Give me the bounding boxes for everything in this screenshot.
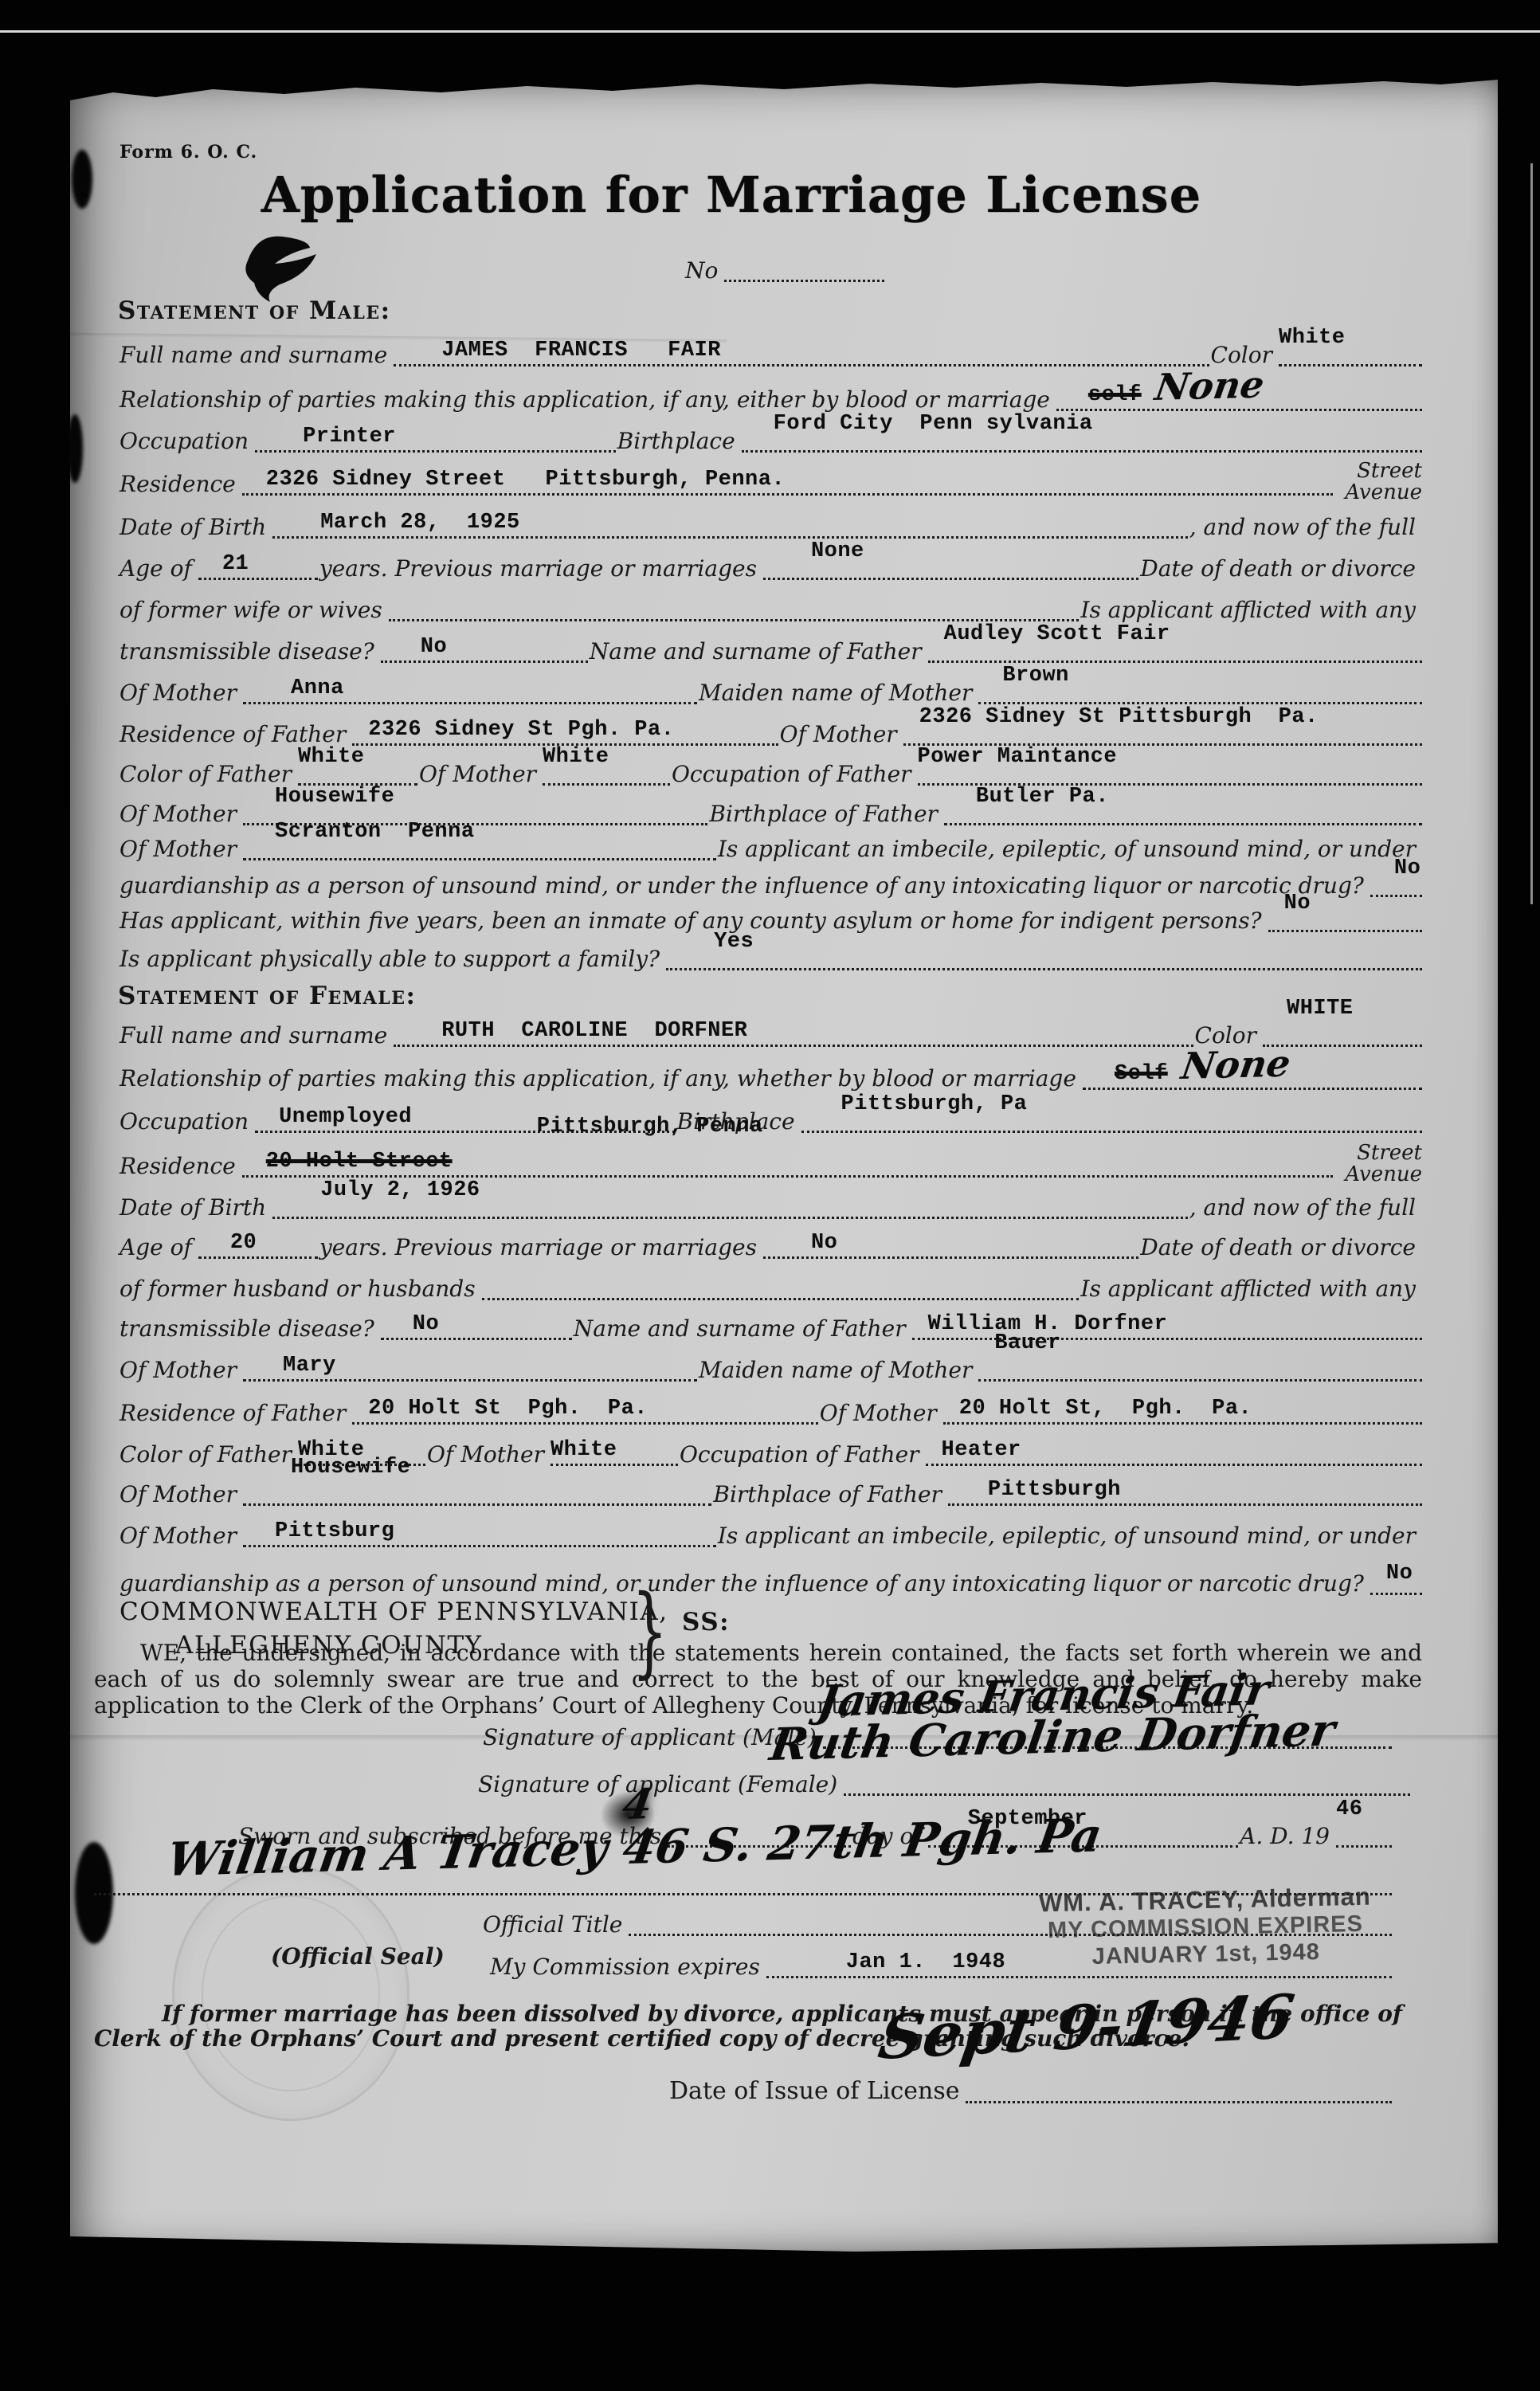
male-father-name-line: Audley Scott Fair <box>928 629 1422 663</box>
female-mother-name-value: Mary <box>283 1355 336 1377</box>
male-dob-line: March 28, 1925 <box>272 504 1188 539</box>
female-mother-residence-label: Of Mother <box>818 1402 943 1425</box>
statement-of-male-heading: Statement of Male: <box>118 296 391 325</box>
male-mother-color-line: White <box>543 751 670 786</box>
license-number-line <box>724 248 884 282</box>
female-residence-row: Residence 20 Holt Street Pittsburgh, Pen… <box>118 1144 1422 1178</box>
marriage-application-document: Form 6. O. C. Application for Marriage L… <box>70 80 1498 2252</box>
female-mother-birthplace-value: Pittsburg <box>275 1521 394 1542</box>
female-mother-birthplace-line: Pittsburg <box>243 1513 716 1547</box>
female-mother-color-line: White <box>551 1432 678 1466</box>
official-title-row: Official Title <box>481 1903 1392 1936</box>
scan-artifact-line <box>0 30 1540 33</box>
female-father-residence-value: 20 Holt St Pgh. Pa. <box>368 1398 648 1420</box>
statement-of-female-heading: Statement of Female: <box>118 982 416 1010</box>
male-birthplace-label: Birthplace <box>616 430 742 453</box>
female-dob-row: Date of Birth July 2, 1926 , and now of … <box>118 1186 1422 1219</box>
male-occupation-label: Occupation <box>118 430 255 453</box>
female-father-birthplace-value: Pittsburgh <box>988 1480 1121 1501</box>
female-father-name-label: Name and surname of Father <box>572 1318 912 1340</box>
male-full-name-line: JAMES FRANCIS FAIR <box>394 332 1209 366</box>
male-father-color-line: White <box>298 751 417 786</box>
ss-label: SS: <box>682 1608 730 1636</box>
male-asylum-line: No <box>1268 898 1422 932</box>
female-relationship-row: Relationship of parties making this appl… <box>118 1056 1422 1090</box>
female-disease-line: No <box>381 1306 572 1340</box>
ink-blot-left-edge <box>67 414 83 483</box>
male-residence-line: 2326 Sidney Street Pittsburgh, Penna. <box>242 461 1333 496</box>
male-mother-name-line: Anna <box>243 670 697 704</box>
female-father-residence-line: 20 Holt St Pgh. Pa. <box>352 1390 818 1425</box>
female-maiden-name-label: Maiden name of Mother <box>697 1359 978 1382</box>
male-dob-label: Date of Birth <box>118 516 272 539</box>
female-prev-marriage-line: No <box>763 1225 1138 1259</box>
scanned-page-background: Form 6. O. C. Application for Marriage L… <box>0 0 1540 2391</box>
male-mother-name-label: Of Mother <box>118 682 243 704</box>
official-title-line <box>629 1902 1392 1936</box>
male-guardianship-line: No <box>1370 863 1422 897</box>
male-father-name-label: Name and surname of Father <box>588 641 928 663</box>
female-mother-occupation-line: Housewife <box>243 1472 711 1506</box>
female-mother-name-row: Of Mother Mary Maiden name of Mother Bau… <box>118 1348 1422 1382</box>
female-age-row: Age of 20 years. Previous marriage or ma… <box>118 1225 1422 1259</box>
female-guardianship-label: guardianship as a person of unsound mind… <box>118 1573 1370 1595</box>
male-guardianship-row: guardianship as a person of unsound mind… <box>118 864 1422 897</box>
male-maiden-name-line: Brown <box>978 670 1422 704</box>
male-relationship-line: self None <box>1056 377 1422 411</box>
year-line: 46 <box>1336 1813 1392 1848</box>
female-street-avenue-labels: Street Avenue <box>1333 1143 1422 1186</box>
commission-expires-line: Jan 1. 1948 <box>766 1944 1392 1978</box>
commission-expires-value: Jan 1. 1948 <box>846 1952 1005 1974</box>
female-former-husbands-row: of former husband or husbands Is applica… <box>118 1267 1422 1300</box>
male-mother-color-value: White <box>543 747 609 768</box>
female-father-birthplace-label: Birthplace of Father <box>711 1484 948 1506</box>
male-occupation-line: Printer <box>255 418 616 453</box>
female-disease-value: No <box>413 1314 439 1335</box>
female-full-name-label: Full name and surname <box>118 1025 394 1047</box>
license-number-row: No <box>684 249 884 282</box>
male-maiden-name-value: Brown <box>1002 665 1069 687</box>
female-mother-birthplace-row: Of Mother Pittsburg Is applicant an imbe… <box>118 1514 1422 1547</box>
female-afflicted-tail-label: Is applicant afflicted with any <box>1079 1278 1422 1300</box>
male-mother-residence-value: 2326 Sidney St Pittsburgh Pa. <box>919 707 1319 728</box>
male-avenue-label: Avenue <box>1345 480 1422 504</box>
male-mother-name-row: Of Mother Anna Maiden name of Mother Bro… <box>118 671 1422 704</box>
male-age-value: 21 <box>222 554 249 575</box>
male-support-label: Is applicant physically able to support … <box>118 948 666 970</box>
male-occupation-value: Printer <box>303 426 396 448</box>
female-mother-occupation-value: Housewife <box>291 1457 410 1479</box>
female-age-line: 20 <box>198 1225 318 1259</box>
male-birthplace-value: Ford City Penn sylvania <box>774 414 1093 435</box>
female-full-name-line: RUTH CAROLINE DORFNER <box>394 1013 1193 1047</box>
male-color-line: White <box>1279 332 1422 366</box>
female-mother-birthplace-label: Of Mother <box>118 1525 243 1547</box>
male-father-birthplace-label: Birthplace of Father <box>707 803 944 825</box>
female-father-birthplace-line: Pittsburgh <box>948 1472 1422 1506</box>
male-mother-birthplace-row: Of Mother Scranton Penna Is applicant an… <box>118 827 1422 860</box>
issue-date-line <box>966 2069 1392 2103</box>
male-maiden-name-label: Maiden name of Mother <box>697 682 978 704</box>
female-mother-occupation-label: Of Mother <box>118 1484 243 1506</box>
female-avenue-label: Avenue <box>1345 1162 1422 1186</box>
female-color-value: WHITE <box>1287 998 1354 1020</box>
male-guardianship-value: No <box>1394 858 1420 880</box>
female-father-occupation-label: Occupation of Father <box>678 1444 926 1466</box>
male-mother-occupation-label: Of Mother <box>118 803 243 825</box>
male-asylum-value: No <box>1284 893 1311 915</box>
female-imbecile-tail-label: Is applicant an imbecile, epileptic, of … <box>716 1525 1422 1547</box>
male-father-color-value: White <box>298 747 365 768</box>
year-value: 46 <box>1336 1799 1362 1821</box>
male-age-line: 21 <box>198 546 318 580</box>
male-father-birthplace-value: Butler Pa. <box>976 786 1109 808</box>
female-residence-struck-value: 20 Holt Street <box>266 1151 453 1173</box>
commonwealth-heading: COMMONWEALTH OF PENNSYLVANIA, <box>120 1597 668 1626</box>
male-parents-color-row: Color of Father White Of Mother White Oc… <box>118 752 1422 786</box>
male-disease-line: No <box>381 629 588 663</box>
male-color-value: White <box>1279 327 1346 349</box>
female-full-name-value: RUTH CAROLINE DORFNER <box>441 1021 747 1042</box>
official-title-label: Official Title <box>481 1914 629 1936</box>
female-parents-residence-row: Residence of Father 20 Holt St Pgh. Pa. … <box>118 1391 1422 1425</box>
issue-date-label: Date of Issue of License <box>668 2079 966 2103</box>
male-mother-name-value: Anna <box>291 678 344 700</box>
male-father-residence-line: 2326 Sidney St Pgh. Pa. <box>352 711 778 746</box>
male-disease-label: transmissible disease? <box>118 641 381 663</box>
male-occupation-row: Occupation Printer Birthplace Ford City … <box>118 419 1422 453</box>
male-mother-birthplace-value: Scranton Penna <box>275 821 475 843</box>
female-age-label: Age of <box>118 1237 198 1259</box>
male-street-label: Street <box>1357 459 1422 483</box>
male-relationship-row: Relationship of parties making this appl… <box>118 378 1422 411</box>
female-father-occupation-value: Heater <box>942 1440 1021 1461</box>
female-father-color-label: Color of Father <box>118 1444 298 1466</box>
female-signature-handwriting: Ruth Caroline Dorfner <box>767 1708 1338 1767</box>
male-dob-value: March 28, 1925 <box>320 512 520 534</box>
embossed-seal-inner-ring <box>202 1895 380 2091</box>
male-age-label: Age of <box>118 558 198 580</box>
female-mother-name-line: Mary <box>243 1347 697 1382</box>
female-maiden-name-line: Bauer <box>978 1347 1422 1382</box>
license-number-label: No <box>684 260 724 282</box>
female-birthplace-line: Pittsburgh, Pa <box>801 1099 1422 1133</box>
male-support-row: Is applicant physically able to support … <box>118 937 1422 970</box>
male-former-wives-label: of former wife or wives <box>118 599 389 621</box>
female-mother-residence-line: 20 Holt St, Pgh. Pa. <box>943 1390 1422 1425</box>
commission-expires-row: My Commission expires Jan 1. 1948 <box>488 1945 1392 1978</box>
male-afflicted-tail-label: Is applicant afflicted with any <box>1079 599 1422 621</box>
ad-19-label: A. D. 19 <box>1238 1825 1336 1848</box>
female-mother-color-label: Of Mother <box>425 1444 551 1466</box>
male-support-line: Yes <box>666 936 1422 970</box>
issue-date-handwriting: Sept 9-1946 <box>875 1986 1298 2068</box>
male-father-residence-label: Residence of Father <box>118 723 352 746</box>
male-birthplace-line: Ford City Penn sylvania <box>742 418 1422 453</box>
female-death-divorce-tail-label: Date of death or divorce <box>1138 1237 1422 1259</box>
male-father-birthplace-line: Butler Pa. <box>944 791 1422 825</box>
male-imbecile-tail-label: Is applicant an imbecile, epileptic, of … <box>716 838 1422 860</box>
male-mother-birthplace-line: Scranton Penna <box>243 826 716 860</box>
male-dob-row: Date of Birth March 28, 1925 , and now o… <box>118 505 1422 539</box>
male-asylum-row: Has applicant, within five years, been a… <box>118 899 1422 932</box>
female-mother-residence-value: 20 Holt St, Pgh. Pa. <box>959 1398 1252 1420</box>
male-former-wives-row: of former wife or wives Is applicant aff… <box>118 588 1422 621</box>
male-residence-row: Residence 2326 Sidney Street Pittsburgh,… <box>118 462 1422 496</box>
female-disease-label: transmissible disease? <box>118 1318 381 1340</box>
male-dob-tail-label: , and now of the full <box>1188 516 1422 539</box>
female-occupation-row: Occupation Unemployed Birthplace Pittsbu… <box>118 1099 1422 1133</box>
female-residence-corrected-value: Pittsburgh, Penna <box>537 1116 763 1138</box>
female-mother-color-value: White <box>551 1440 617 1461</box>
issue-date-row: Date of Issue of License <box>668 2070 1392 2103</box>
official-seal-label: (Official Seal) <box>269 1946 451 1968</box>
scan-edge-sliver <box>1530 163 1533 904</box>
male-street-avenue-labels: Street Avenue <box>1333 461 1422 504</box>
male-disease-row: transmissible disease? No Name and surna… <box>118 629 1422 663</box>
female-residence-line: 20 Holt Street Pittsburgh, Penna <box>242 1143 1333 1178</box>
document-title: Application for Marriage License <box>18 166 1445 224</box>
female-relationship-line: Self None <box>1083 1056 1422 1090</box>
female-dob-label: Date of Birth <box>118 1197 272 1219</box>
female-prev-marriage-label: years. Previous marriage or marriages <box>318 1237 763 1259</box>
male-prev-marriage-line: None <box>763 546 1138 580</box>
female-father-occupation-line: Heater <box>926 1432 1422 1466</box>
female-relationship-struck-value: Self <box>1115 1064 1168 1085</box>
male-asylum-label: Has applicant, within five years, been a… <box>118 910 1268 932</box>
female-former-husbands-line <box>482 1266 1080 1300</box>
male-relationship-struck-value: self <box>1088 385 1142 406</box>
female-relationship-handwritten-value: None <box>1179 1045 1293 1084</box>
male-mother-color-label: Of Mother <box>417 763 543 786</box>
female-occupation-value: Unemployed <box>279 1107 412 1128</box>
male-support-value: Yes <box>714 931 754 953</box>
female-dob-tail-label: , and now of the full <box>1188 1197 1422 1219</box>
male-parents-residence-row: Residence of Father 2326 Sidney St Pgh. … <box>118 712 1422 746</box>
male-prev-marriage-value: None <box>811 541 864 562</box>
male-death-divorce-tail-label: Date of death or divorce <box>1138 558 1422 580</box>
female-mother-name-label: Of Mother <box>118 1359 243 1382</box>
male-relationship-label: Relationship of parties making this appl… <box>118 389 1056 411</box>
female-father-residence-label: Residence of Father <box>118 1402 352 1425</box>
male-disease-value: No <box>421 637 447 658</box>
female-guardianship-value: No <box>1386 1563 1413 1585</box>
female-dob-line: July 2, 1926 <box>272 1185 1188 1219</box>
male-former-wives-line <box>389 587 1080 621</box>
male-father-color-label: Color of Father <box>118 763 298 786</box>
male-father-name-value: Audley Scott Fair <box>944 624 1170 645</box>
male-full-name-label: Full name and surname <box>118 344 394 366</box>
female-signature-label: Signature of applicant (Female) <box>476 1774 844 1796</box>
male-mother-occupation-value: Housewife <box>275 786 394 808</box>
male-age-row: Age of 21 years. Previous marriage or ma… <box>118 547 1422 580</box>
embossed-official-seal <box>172 1866 409 2121</box>
male-father-occupation-value: Power Maintance <box>918 747 1118 768</box>
ink-flourish-mark <box>233 219 353 307</box>
male-prev-marriage-label: years. Previous marriage or marriages <box>318 558 763 580</box>
female-disease-row: transmissible disease? No Name and surna… <box>118 1307 1422 1340</box>
female-full-name-row: Full name and surname RUTH CAROLINE DORF… <box>118 1013 1422 1047</box>
male-relationship-handwritten-value: None <box>1153 366 1267 406</box>
female-birthplace-value: Pittsburgh, Pa <box>841 1094 1028 1115</box>
male-mother-birthplace-label: Of Mother <box>118 838 243 860</box>
female-maiden-name-value: Bauer <box>994 1333 1061 1354</box>
female-street-label: Street <box>1357 1141 1422 1165</box>
female-mother-occupation-row: Of Mother Housewife Birthplace of Father… <box>118 1472 1422 1506</box>
male-full-name-row: Full name and surname JAMES FRANCIS FAIR… <box>118 333 1422 366</box>
male-residence-label: Residence <box>118 473 242 496</box>
male-father-occupation-label: Occupation of Father <box>670 763 918 786</box>
male-mother-residence-line: 2326 Sidney St Pittsburgh Pa. <box>903 711 1422 746</box>
female-residence-label: Residence <box>118 1155 242 1178</box>
male-full-name-value: JAMES FRANCIS FAIR <box>441 340 721 362</box>
female-relationship-label: Relationship of parties making this appl… <box>118 1068 1083 1090</box>
female-father-name-line: William H. Dorfner <box>912 1306 1422 1340</box>
female-former-husbands-label: of former husband or husbands <box>118 1278 482 1300</box>
male-father-residence-value: 2326 Sidney St Pgh. Pa. <box>368 719 674 741</box>
female-occupation-label: Occupation <box>118 1111 255 1133</box>
form-number: Form 6. O. C. <box>120 142 257 163</box>
female-guardianship-line: No <box>1370 1561 1422 1595</box>
female-guardianship-row: guardianship as a person of unsound mind… <box>118 1562 1422 1595</box>
female-age-value: 20 <box>230 1233 257 1254</box>
male-residence-value: 2326 Sidney Street Pittsburgh, Penna. <box>266 469 785 491</box>
female-dob-value: July 2, 1926 <box>320 1180 480 1201</box>
commission-expires-label: My Commission expires <box>488 1956 766 1978</box>
male-guardianship-label: guardianship as a person of unsound mind… <box>118 875 1370 897</box>
female-prev-marriage-value: No <box>811 1233 837 1254</box>
male-father-occupation-line: Power Maintance <box>918 751 1422 786</box>
male-mother-residence-label: Of Mother <box>778 723 903 746</box>
